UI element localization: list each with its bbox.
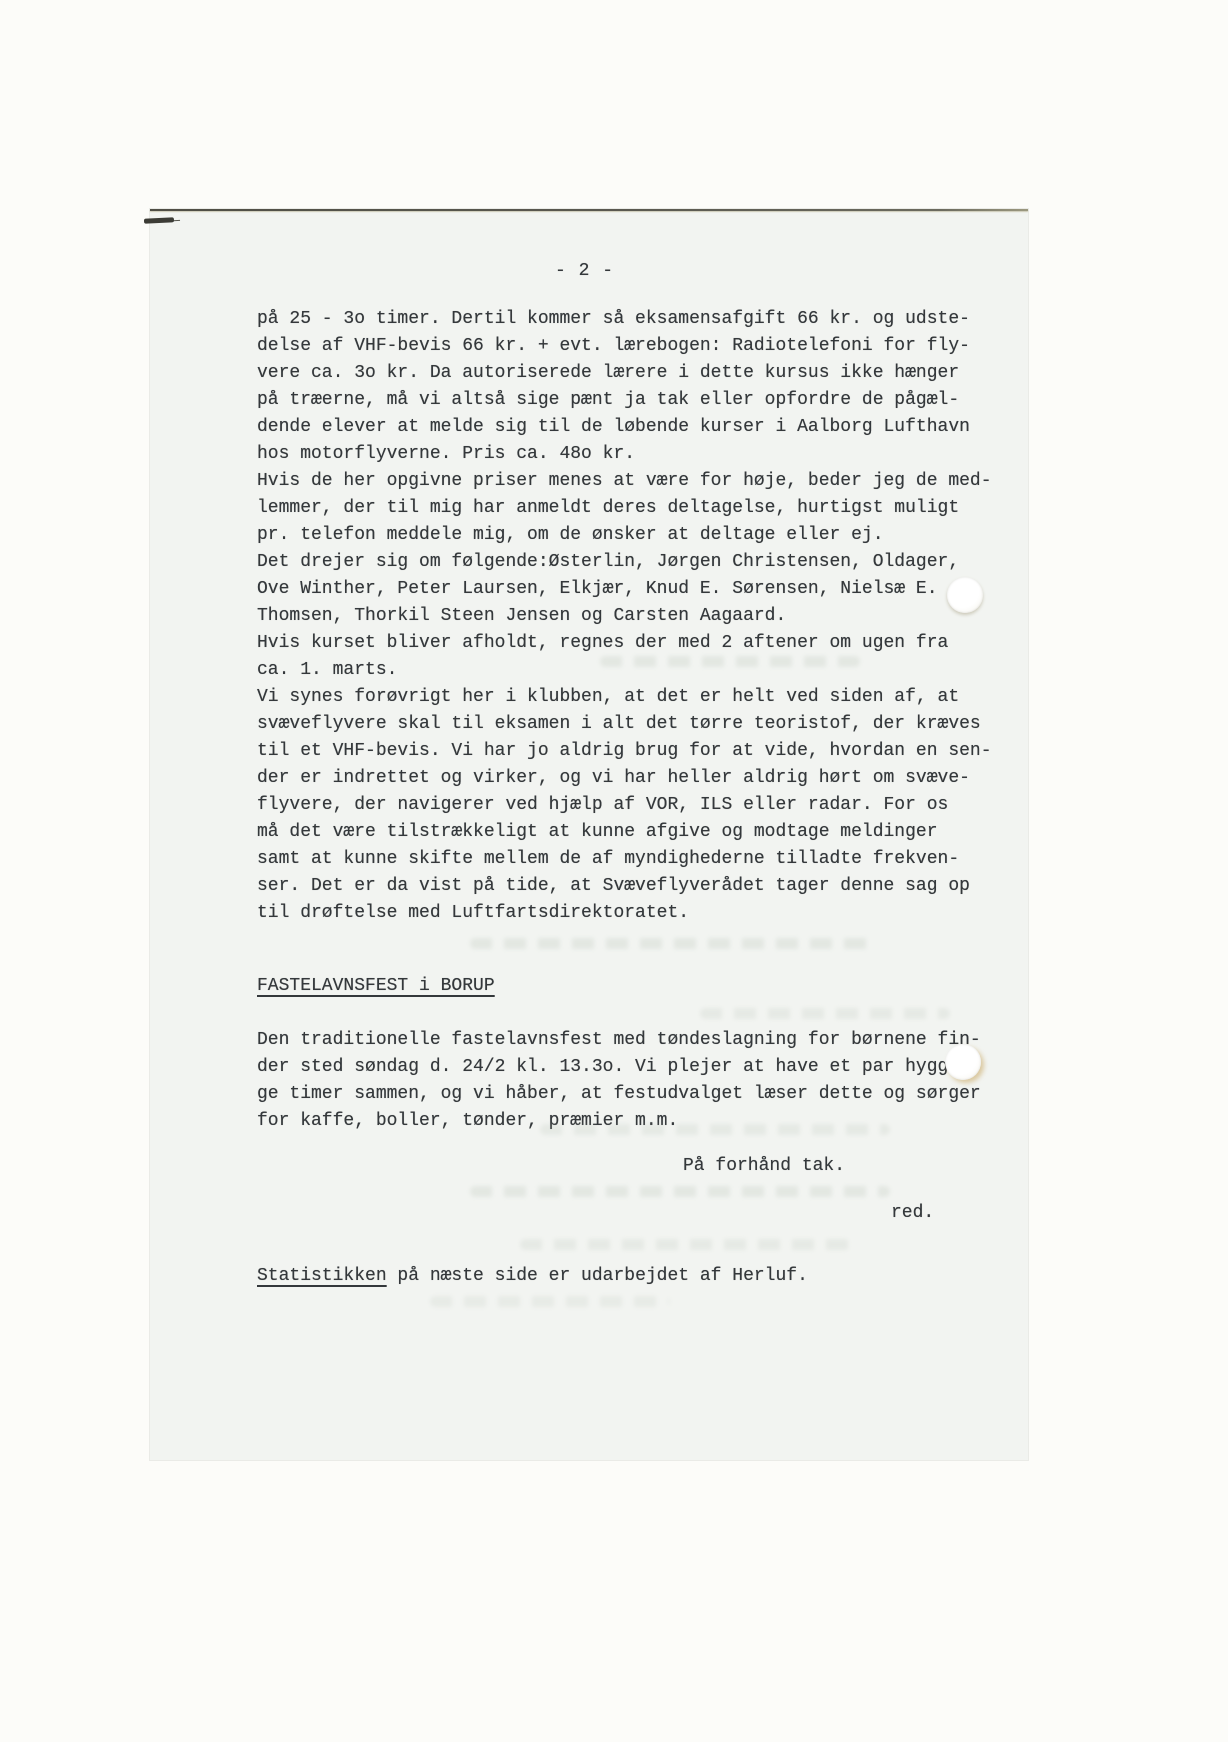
- bleed-through-ghost: [520, 1239, 850, 1250]
- scanned-document-canvas: - 2 - på 25 - 3o timer. Dertil kommer så…: [0, 0, 1228, 1742]
- body-line: må det være tilstrækkeligt at kunne afgi…: [257, 819, 1017, 846]
- body-line: dende elever at melde sig til de løbende…: [257, 414, 1017, 441]
- body-line: Den traditionelle fastelavnsfest med tøn…: [257, 1027, 1017, 1054]
- bleed-through-ghost: [600, 656, 860, 667]
- page-number: - 2 -: [555, 258, 1017, 285]
- pen-mark: [144, 217, 174, 224]
- punch-hole: [947, 577, 983, 613]
- body-line: vere ca. 3o kr. Da autoriserede lærere i…: [257, 360, 1017, 387]
- scan-edge-shadow: [150, 209, 1028, 211]
- body-line: til et VHF-bevis. Vi har jo aldrig brug …: [257, 738, 1017, 765]
- body-line: der sted søndag d. 24/2 kl. 13.3o. Vi pl…: [257, 1054, 1017, 1081]
- body-line: til drøftelse med Luftfartsdirektoratet.: [257, 900, 1017, 927]
- typewritten-content: - 2 - på 25 - 3o timer. Dertil kommer så…: [257, 258, 1017, 1290]
- punch-hole: [945, 1044, 981, 1080]
- bleed-through-ghost: [470, 1186, 890, 1197]
- paragraph-fastelavnsfest: Den traditionelle fastelavnsfest med tøn…: [257, 1027, 1017, 1135]
- document-page: - 2 - på 25 - 3o timer. Dertil kommer så…: [150, 209, 1028, 1460]
- body-line: Hvis kurset bliver afholdt, regnes der m…: [257, 630, 1017, 657]
- body-line: ser. Det er da vist på tide, at Svævefly…: [257, 873, 1017, 900]
- bleed-through-ghost: [540, 1124, 890, 1135]
- body-line: hos motorflyverne. Pris ca. 48o kr.: [257, 441, 1017, 468]
- body-line: Vi synes forøvrigt her i klubben, at det…: [257, 684, 1017, 711]
- signature-line: red.: [891, 1200, 1017, 1227]
- body-line: på træerne, må vi altså sige pænt ja tak…: [257, 387, 1017, 414]
- body-line: lemmer, der til mig har anmeldt deres de…: [257, 495, 1017, 522]
- footnote-underlined-word: Statistikken: [257, 1266, 387, 1286]
- body-line: på 25 - 3o timer. Dertil kommer så eksam…: [257, 306, 1017, 333]
- body-line: der er indrettet og virker, og vi har he…: [257, 765, 1017, 792]
- body-line: pr. telefon meddele mig, om de ønsker at…: [257, 522, 1017, 549]
- bleed-through-ghost: [470, 938, 870, 949]
- body-line: ge timer sammen, og vi håber, at festudv…: [257, 1081, 1017, 1108]
- body-line: delse af VHF-bevis 66 kr. + evt. lærebog…: [257, 333, 1017, 360]
- body-line: svæveflyvere skal til eksamen i alt det …: [257, 711, 1017, 738]
- closing-line: På forhånd tak.: [683, 1153, 1017, 1180]
- body-line: Hvis de her opgivne priser menes at være…: [257, 468, 1017, 495]
- footnote-rest: på næste side er udarbejdet af Herluf.: [387, 1266, 808, 1286]
- bleed-through-ghost: [700, 1008, 950, 1019]
- body-line: Det drejer sig om følgende:Østerlin, Jør…: [257, 549, 1017, 576]
- body-line: Thomsen, Thorkil Steen Jensen og Carsten…: [257, 603, 1017, 630]
- bleed-through-ghost: [430, 1296, 670, 1307]
- section-heading-fastelavnsfest: FASTELAVNSFEST i BORUP: [257, 973, 1017, 1000]
- footnote-line: Statistikken på næste side er udarbejdet…: [257, 1263, 1017, 1290]
- paragraph-vhf-course: på 25 - 3o timer. Dertil kommer så eksam…: [257, 306, 1017, 927]
- body-line: samt at kunne skifte mellem de af myndig…: [257, 846, 1017, 873]
- body-line: Ove Winther, Peter Laursen, Elkjær, Knud…: [257, 576, 1017, 603]
- body-line: flyvere, der navigerer ved hjælp af VOR,…: [257, 792, 1017, 819]
